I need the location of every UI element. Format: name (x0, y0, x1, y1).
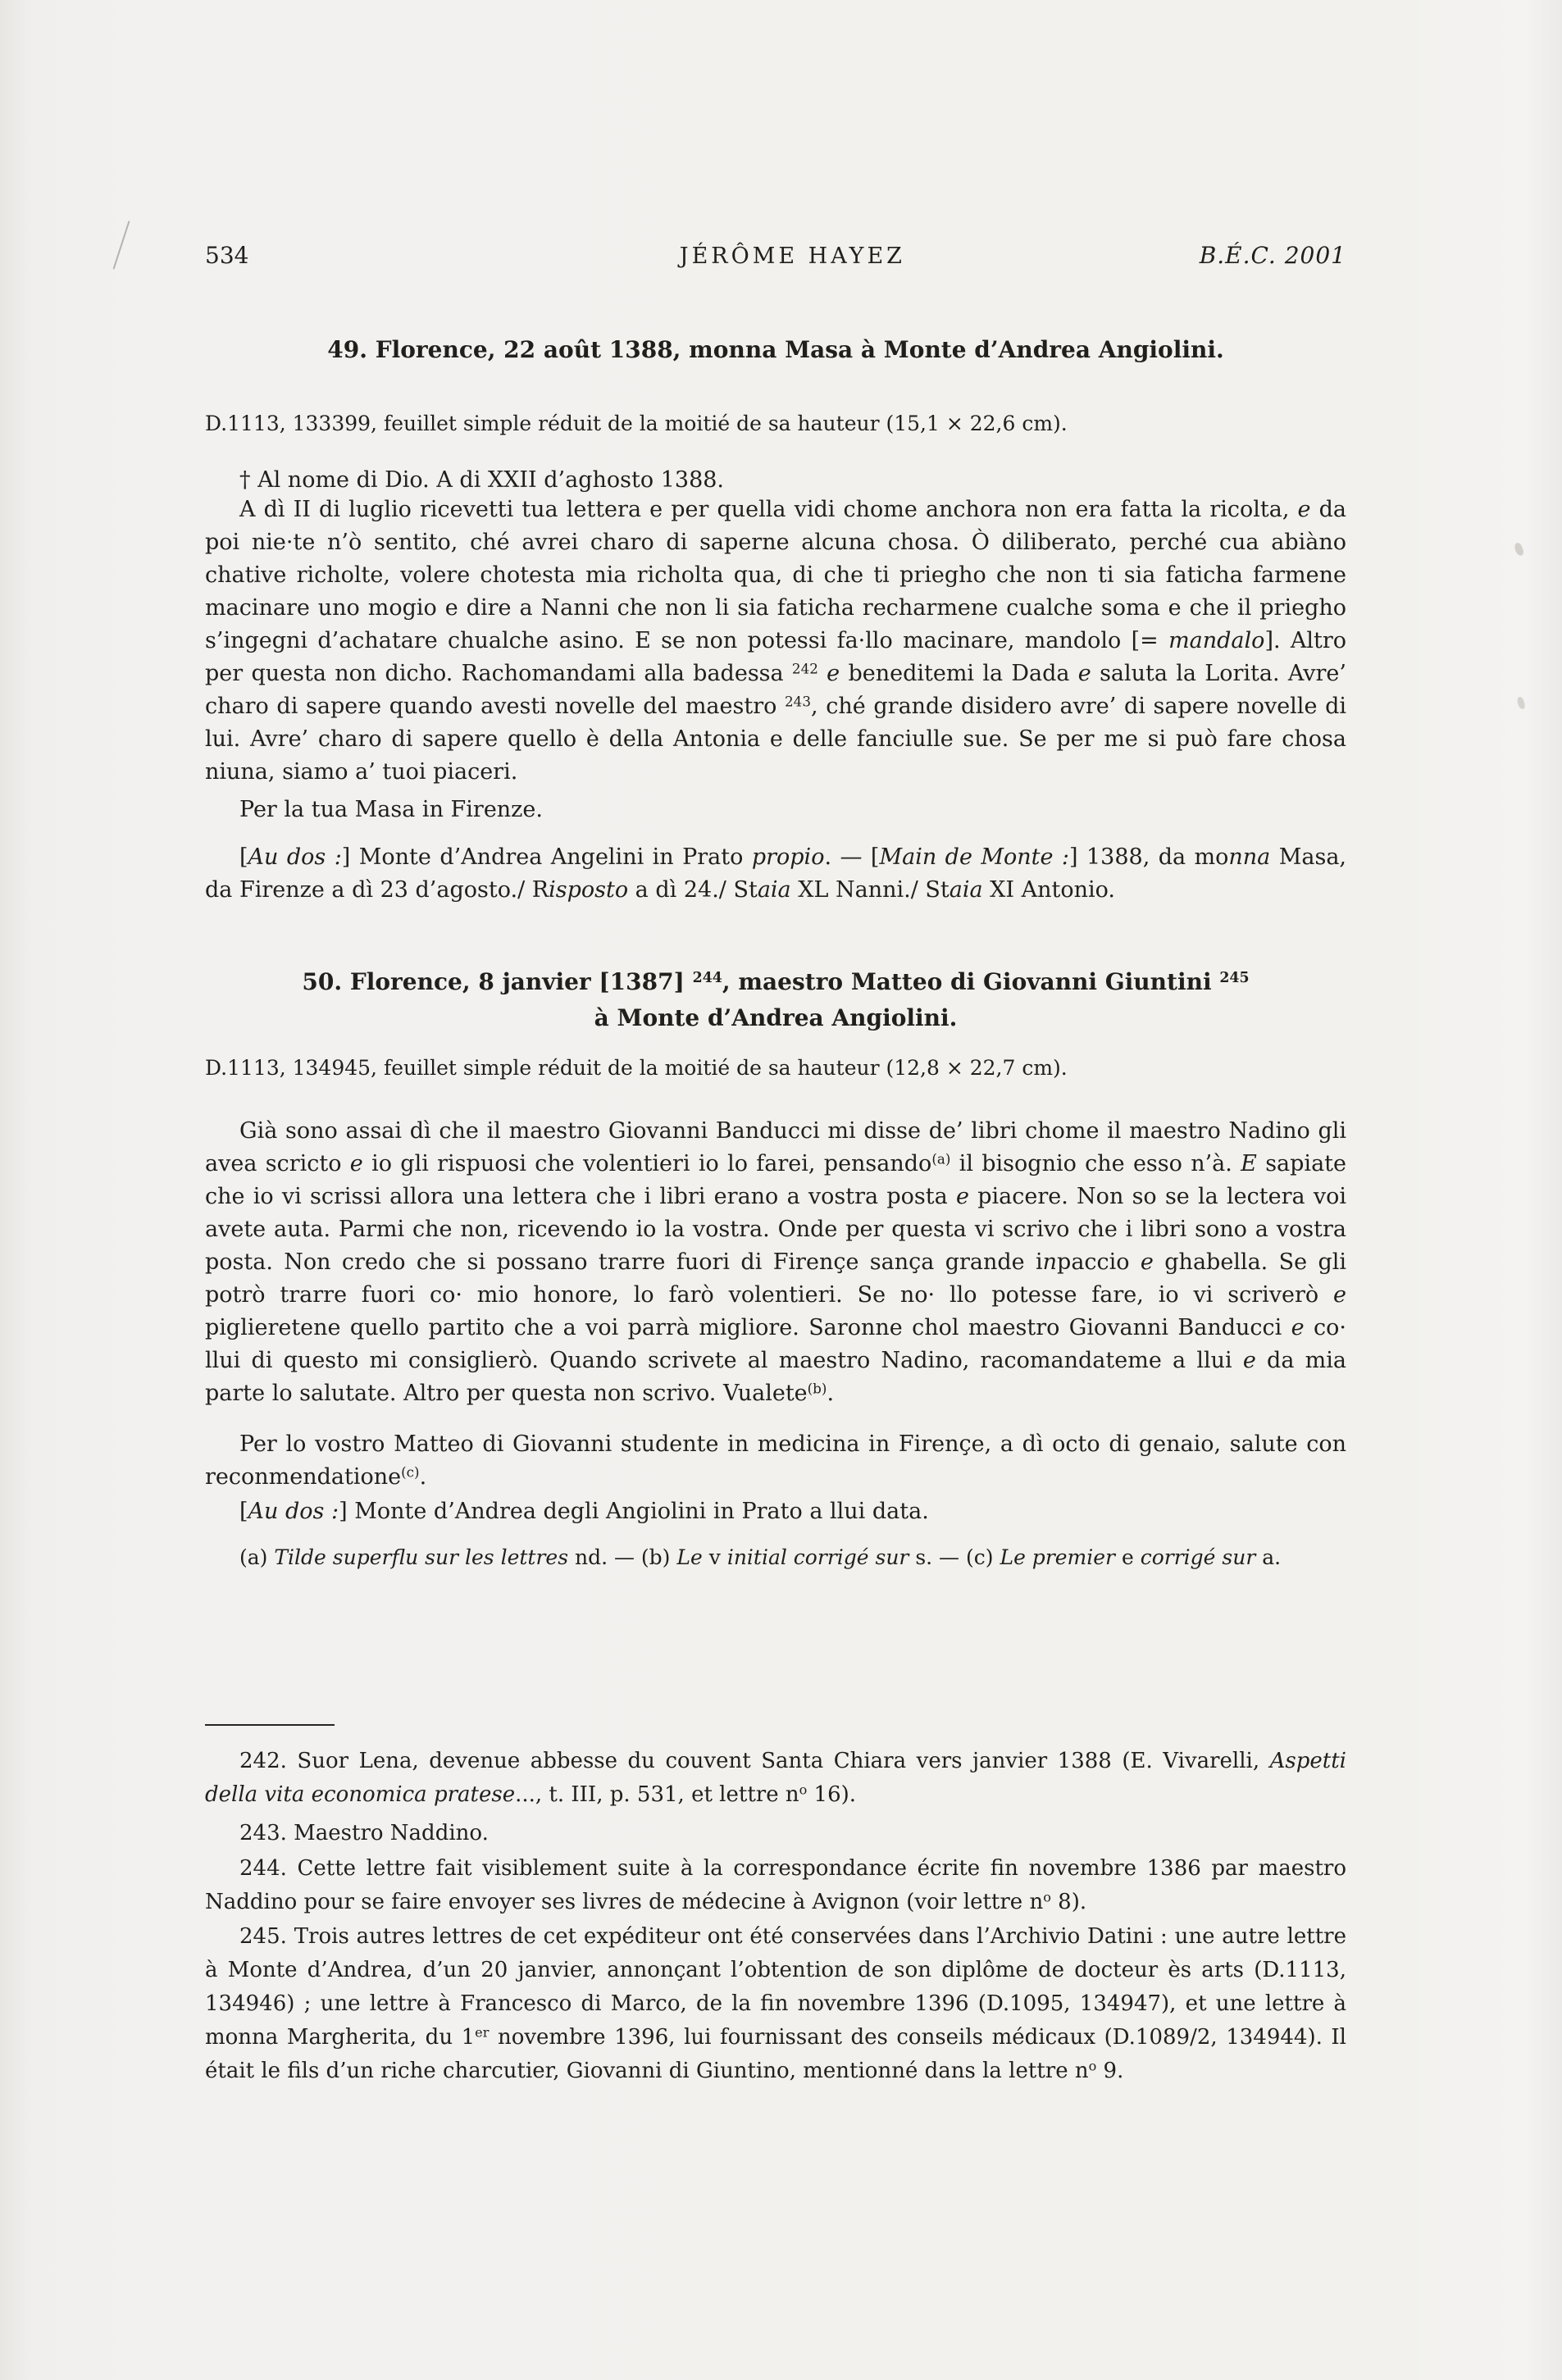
page-number: 534 (205, 242, 385, 269)
text-segment: (a) (931, 1150, 950, 1167)
text-segment: (c) (401, 1463, 419, 1480)
scan-speck (1516, 696, 1525, 709)
text-segment: à Monte d’Andrea Angiolini. (594, 1004, 958, 1031)
letter-49-verso-note: [Au dos :] Monte d’Andrea Angelini in Pr… (205, 841, 1346, 907)
text-segment (818, 661, 827, 686)
letter-50-verso-note: [Au dos :] Monte d’Andrea degli Angiolin… (205, 1495, 1346, 1528)
text-segment: ..., t. III, p. 531, et lettre n (515, 1782, 799, 1807)
footnote-245: 245. Trois autres lettres de cet expédit… (205, 1920, 1346, 2088)
letter-50-signature: Per lo vostro Matteo di Giovanni student… (205, 1428, 1346, 1494)
running-header: 534 JÉRÔME HAYEZ B.É.C. 2001 (205, 242, 1346, 269)
text-segment: n (1043, 1249, 1057, 1275)
text-segment: 243 (785, 693, 811, 709)
scan-speck (1514, 542, 1525, 557)
text-segment: , maestro Matteo di Giovanni Giuntini (722, 968, 1219, 995)
text-segment: Au dos : (248, 1499, 339, 1524)
text-segment: . — [ (824, 844, 879, 870)
text-segment: ] Monte d’Andrea Angelini in Prato (342, 844, 752, 870)
text-segment: 16). (807, 1782, 856, 1807)
text-segment: [ (239, 1499, 248, 1524)
text-segment: 49. Florence, 22 août 1388, monna Masa à… (327, 336, 1223, 363)
text-segment: piglieretene quello partito che a voi pa… (205, 1315, 1291, 1340)
text-segment: o (1089, 2059, 1097, 2074)
text-segment: a. (1255, 1545, 1281, 1569)
text-segment: s. — (c) (909, 1545, 1000, 1569)
text-segment: ] 1388, da mo (1069, 844, 1228, 870)
text-segment: . (827, 1381, 834, 1406)
text-segment: corrigé sur (1141, 1545, 1256, 1569)
letter-50-heading: 50. Florence, 8 janvier [1387] 244, maes… (205, 964, 1346, 1036)
text-segment: v (703, 1545, 727, 1569)
text-segment: Le (676, 1545, 702, 1569)
text-segment: Per la tua Masa in Firenze. (239, 797, 543, 822)
text-segment: paccio (1057, 1249, 1141, 1275)
footnote-separator-rule (205, 1724, 335, 1726)
text-segment: e (1115, 1545, 1141, 1569)
text-segment: † Al nome di Dio. A di XXII d’aghosto 13… (239, 467, 724, 493)
text-segment: 244. Cette lettre fait visiblement suite… (205, 1856, 1346, 1914)
journal-reference: B.É.C. 2001 (1200, 242, 1346, 269)
text-segment: e (1243, 1348, 1256, 1373)
text-segment: Main de Monte : (879, 844, 1069, 870)
text-segment: XI Antonio. (983, 877, 1115, 903)
text-segment: 244 (693, 970, 722, 986)
text-segment: E (1241, 1151, 1257, 1176)
letter-50-body: Già sono assai dì che il maestro Giovann… (205, 1115, 1346, 1410)
text-segment: beneditemi la Dada (840, 661, 1078, 686)
text-segment: e (1291, 1315, 1305, 1340)
text-segment: e (827, 661, 840, 686)
text-segment: 9. (1096, 2059, 1123, 2083)
text-segment: o (799, 1782, 808, 1798)
text-segment: e (1141, 1249, 1154, 1275)
footnote-242: 242. Suor Lena, devenue abbesse du couve… (205, 1745, 1346, 1812)
text-segment: A dì II di luglio ricevetti tua lettera … (239, 497, 1298, 522)
text-segment: aia (758, 877, 791, 903)
text-segment: initial corrigé sur (727, 1545, 909, 1569)
text-segment: 8). (1051, 1890, 1086, 1914)
text-segment: er (475, 2025, 489, 2041)
text-segment: ] Monte d’Andrea degli Angiolini in Prat… (339, 1499, 929, 1524)
text-segment: 50. Florence, 8 janvier [1387] (302, 968, 692, 995)
text-segment: Per lo vostro Matteo di Giovanni student… (205, 1431, 1346, 1490)
text-segment: [ (239, 844, 248, 870)
letter-49-heading: 49. Florence, 22 août 1388, monna Masa à… (205, 332, 1346, 368)
text-segment: e (1333, 1282, 1346, 1308)
text-segment: Le premier (1000, 1545, 1115, 1569)
text-segment: nna (1228, 844, 1270, 870)
text-segment: D.1113, 133399, feuillet simple réduit d… (205, 412, 1068, 435)
text-segment: io gli rispuosi che volentieri io lo far… (363, 1151, 932, 1176)
text-segment: e (1298, 497, 1311, 522)
letter-49-signature: Per la tua Masa in Firenze. (205, 794, 1346, 826)
letter-49-salutation: † Al nome di Dio. A di XXII d’aghosto 13… (205, 464, 1346, 497)
text-segment: a dì 24./ St (628, 877, 758, 903)
text-segment: propio (752, 844, 825, 870)
text-segment: 242 (792, 660, 818, 676)
scanned-book-page: { "meta": { "paper_color": "#f2f1ee", "i… (0, 0, 1562, 2380)
text-segment: 245 (1219, 970, 1249, 986)
footnote-243: 243. Maestro Naddino. (205, 1817, 1346, 1850)
text-segment: 242. Suor Lena, devenue abbesse du couve… (239, 1749, 1270, 1773)
text-segment: e (1078, 661, 1091, 686)
text-segment: isposto (549, 877, 628, 903)
letter-49-body: A dì II di luglio ricevetti tua lettera … (205, 494, 1346, 789)
text-segment: mandalo (1168, 628, 1264, 653)
text-segment: il bisognio che esso n’à. (950, 1151, 1241, 1176)
text-segment: e (350, 1151, 363, 1176)
running-head-author: JÉRÔME HAYEZ (385, 243, 1200, 269)
text-segment: . (420, 1464, 427, 1490)
text-segment: Au dos : (248, 844, 342, 870)
footnote-244: 244. Cette lettre fait visiblement suite… (205, 1852, 1346, 1919)
text-segment: aia (949, 877, 983, 903)
text-segment: (b) (808, 1380, 827, 1396)
text-segment: nd. — (b) (568, 1545, 676, 1569)
text-segment: XL Nanni./ St (791, 877, 949, 903)
text-segment: Tilde superflu sur les lettres (274, 1545, 568, 1569)
text-segment: 243. Maestro Naddino. (239, 1821, 489, 1845)
text-segment: o (1043, 1890, 1051, 1905)
scan-scratch-mark (112, 221, 130, 270)
critical-apparatus: (a) Tilde superflu sur les lettres nd. —… (205, 1543, 1346, 1572)
letter-49-source-line: D.1113, 133399, feuillet simple réduit d… (205, 409, 1346, 439)
text-segment: (a) (239, 1545, 274, 1569)
letter-50-source-line: D.1113, 134945, feuillet simple réduit d… (205, 1053, 1346, 1083)
text-segment: e (956, 1184, 969, 1209)
text-segment: D.1113, 134945, feuillet simple réduit d… (205, 1056, 1068, 1080)
